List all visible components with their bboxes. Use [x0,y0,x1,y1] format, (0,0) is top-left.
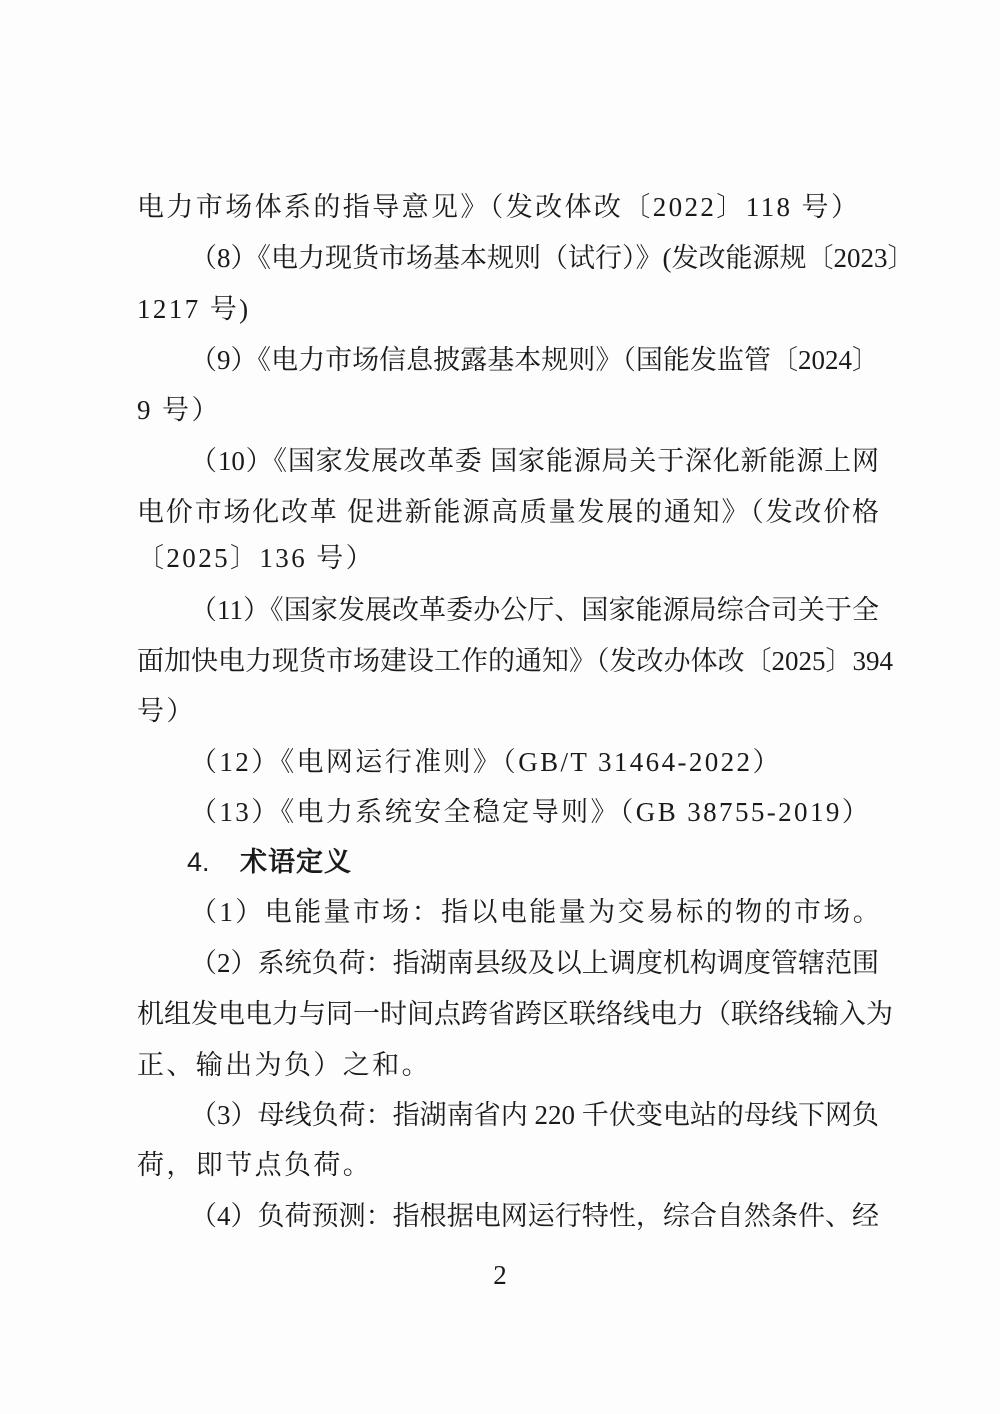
page-number: 2 [0,1257,1000,1293]
definition-item-4: （4）负荷预测：指根据电网运行特性，综合自然条件、经 [190,1196,879,1236]
reference-item-8: （8）《电力现货市场基本规则（试行）》(发改能源规〔2023〕 [190,238,879,278]
reference-item-11-line-2: 面加快电力现货市场建设工作的通知》（发改办体改〔2025〕394 [137,641,879,681]
reference-item-10: （10）《国家发展改革委 国家能源局关于深化新能源上网 [190,441,879,481]
definition-item-3-line-2: 荷，即节点负荷。 [137,1145,879,1185]
section-number: 4. [187,842,240,882]
reference-item-10-line-2: 电价市场化改革 促进新能源高质量发展的通知》（发改价格 [137,492,879,532]
document-page: 电力市场体系的指导意见》（发改体改〔2022〕118 号） （8）《电力现货市场… [0,0,1000,1414]
reference-item-8-continued: 1217 号) [137,289,879,329]
reference-item-13: （13）《电力系统安全稳定导则》（GB 38755-2019） [190,792,879,832]
reference-item-12: （12）《电网运行准则》（GB/T 31464-2022） [190,742,879,782]
reference-item-10-line-3: 〔2025〕136 号） [137,538,879,578]
definition-item-2: （2）系统负荷：指湖南县级及以上调度机构调度管辖范围 [190,943,879,983]
reference-item-11-line-3: 号） [137,691,879,731]
definition-item-2-line-2: 机组发电电力与同一时间点跨省跨区联络线电力（联络线输入为 [137,994,879,1034]
definition-item-2-line-3: 正、输出为负）之和。 [137,1045,879,1085]
reference-line-7-continued: 电力市场体系的指导意见》（发改体改〔2022〕118 号） [137,187,879,227]
definition-item-1: （1）电能量市场：指以电能量为交易标的物的市场。 [190,892,879,932]
definition-item-3: （3）母线负荷：指湖南省内 220 千伏变电站的母线下网负 [190,1095,879,1135]
section-title: 术语定义 [240,847,352,877]
reference-item-11: （11）《国家发展改革委办公厅、国家能源局综合司关于全 [190,590,879,630]
reference-item-9-continued: 9 号） [137,390,879,430]
section-heading: 4.术语定义 [187,842,352,882]
reference-item-9: （9）《电力市场信息披露基本规则》（国能发监管〔2024〕 [190,340,879,380]
